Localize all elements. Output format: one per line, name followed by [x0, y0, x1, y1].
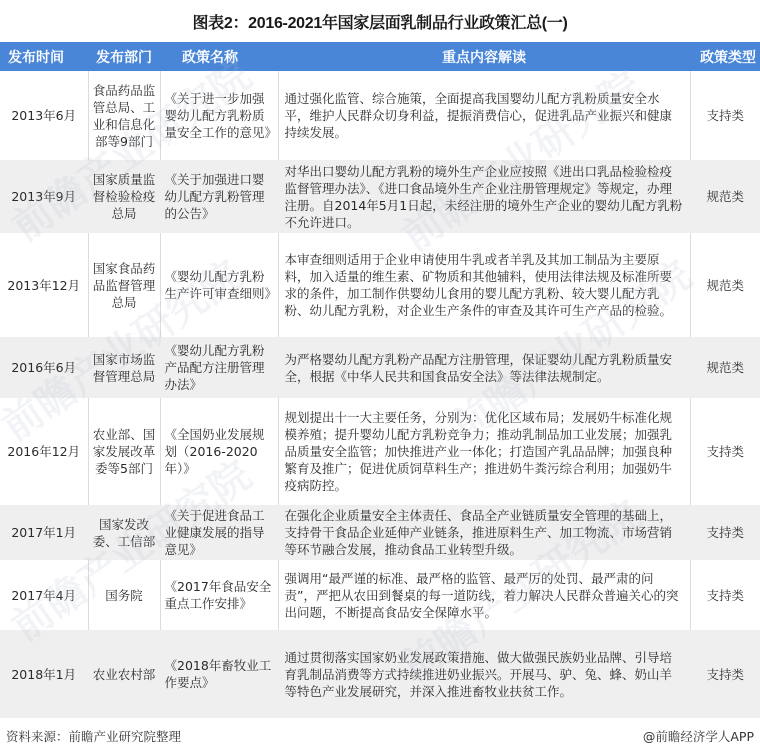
cell-dept: 国家市场监督管理总局 [88, 337, 160, 398]
cell-type: 支持类 [690, 505, 760, 560]
cell-content: 通过强化监管、综合施策，全面提高我国婴幼儿配方乳粉质量安全水平，维护人民群众切身… [278, 71, 690, 160]
header-dept: 发布部门 [88, 42, 160, 71]
cell-content: 对华出口婴幼儿配方乳粉的境外生产企业应按照《进出口乳品检验检疫监督管理办法》、《… [278, 160, 690, 233]
table-row: 2017年1月 国家发改委、工信部 《关于促进食品工业健康发展的指导意见》 在强… [0, 505, 760, 560]
cell-dept: 国家质量监督检验检疫总局 [88, 160, 160, 233]
cell-type: 规范类 [690, 160, 760, 233]
cell-dept: 农业部、国家发展改革委等5部门 [88, 398, 160, 505]
cell-dept: 国家食品药品监督管理总局 [88, 233, 160, 337]
table-row: 2017年4月 国务院 《2017年食品安全重点工作安排》 强调用“最严谨的标准… [0, 560, 760, 630]
cell-type: 规范类 [690, 337, 760, 398]
cell-name: 《全国奶业发展规划（2016-2020年）》 [160, 398, 278, 505]
cell-time: 2018年1月 [0, 630, 88, 718]
cell-type: 规范类 [690, 233, 760, 337]
header-time: 发布时间 [0, 42, 88, 71]
cell-time: 2013年12月 [0, 233, 88, 337]
cell-name: 《关于促进食品工业健康发展的指导意见》 [160, 505, 278, 560]
cell-content: 本审查细则适用于企业申请使用牛乳或者羊乳及其加工制品为主要原料，加入适量的维生素… [278, 233, 690, 337]
cell-type: 支持类 [690, 71, 760, 160]
cell-content: 在强化企业质量安全主体责任、食品全产业链质量安全管理的基础上，支持骨干食品企业延… [278, 505, 690, 560]
cell-dept: 国务院 [88, 560, 160, 630]
cell-name: 《关于进一步加强婴幼儿配方乳粉质量安全工作的意见》 [160, 71, 278, 160]
table-header-row: 发布时间 发布部门 政策名称 重点内容解读 政策类型 [0, 42, 760, 71]
header-name: 政策名称 [160, 42, 278, 71]
footer: 资料来源：前瞻产业研究院整理 @前瞻经济学人APP [0, 718, 760, 754]
cell-type: 支持类 [690, 560, 760, 630]
cell-name: 《婴幼儿配方乳粉产品配方注册管理办法》 [160, 337, 278, 398]
cell-content: 强调用“最严谨的标准、最严格的监管、最严厉的处罚、最严肃的问责”，严把从农田到餐… [278, 560, 690, 630]
table-row: 2013年9月 国家质量监督检验检疫总局 《关于加强进口婴幼儿配方乳粉管理的公告… [0, 160, 760, 233]
cell-time: 2017年1月 [0, 505, 88, 560]
cell-content: 通过贯彻落实国家奶业发展政策措施、做大做强民族奶业品牌、引导培育乳制品消费等方式… [278, 630, 690, 718]
cell-dept: 食品药品监管总局、工业和信息化部等9部门 [88, 71, 160, 160]
cell-time: 2017年4月 [0, 560, 88, 630]
table-row: 2016年12月 农业部、国家发展改革委等5部门 《全国奶业发展规划（2016-… [0, 398, 760, 505]
cell-dept: 农业农村部 [88, 630, 160, 718]
cell-type: 支持类 [690, 630, 760, 718]
cell-dept: 国家发改委、工信部 [88, 505, 160, 560]
header-content: 重点内容解读 [278, 42, 690, 71]
table-row: 2018年1月 农业农村部 《2018年畜牧业工作要点》 通过贯彻落实国家奶业发… [0, 630, 760, 718]
cell-content: 规划提出十一大主要任务，分别为：优化区域布局；发展奶牛标准化规模养殖；提升婴幼儿… [278, 398, 690, 505]
cell-name: 《2017年食品安全重点工作安排》 [160, 560, 278, 630]
cell-name: 《关于加强进口婴幼儿配方乳粉管理的公告》 [160, 160, 278, 233]
source-note: 资料来源：前瞻产业研究院整理 [6, 727, 181, 745]
chart-title: 图表2：2016-2021年国家层面乳制品行业政策汇总(一) [0, 0, 760, 42]
cell-time: 2013年6月 [0, 71, 88, 160]
table-row: 2013年12月 国家食品药品监督管理总局 《婴幼儿配方乳粉生产许可审查细则》 … [0, 233, 760, 337]
cell-type: 支持类 [690, 398, 760, 505]
table-row: 2013年6月 食品药品监管总局、工业和信息化部等9部门 《关于进一步加强婴幼儿… [0, 71, 760, 160]
cell-time: 2016年12月 [0, 398, 88, 505]
policy-table: 发布时间 发布部门 政策名称 重点内容解读 政策类型 2013年6月 食品药品监… [0, 42, 760, 718]
cell-content: 为严格婴幼儿配方乳粉产品配方注册管理，保证婴幼儿配方乳粉质量安全，根据《中华人民… [278, 337, 690, 398]
credit-note: @前瞻经济学人APP [643, 727, 754, 745]
cell-name: 《2018年畜牧业工作要点》 [160, 630, 278, 718]
cell-name: 《婴幼儿配方乳粉生产许可审查细则》 [160, 233, 278, 337]
table-row: 2016年6月 国家市场监督管理总局 《婴幼儿配方乳粉产品配方注册管理办法》 为… [0, 337, 760, 398]
cell-time: 2013年9月 [0, 160, 88, 233]
header-type: 政策类型 [690, 42, 760, 71]
cell-time: 2016年6月 [0, 337, 88, 398]
